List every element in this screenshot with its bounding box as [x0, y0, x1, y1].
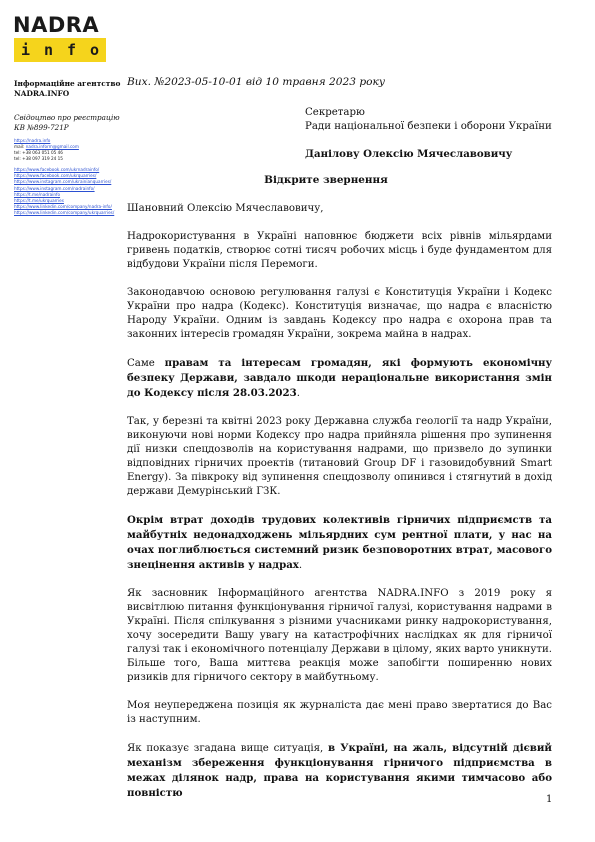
addressee-organization: Ради національної безпеки і оборони Укра… [305, 120, 552, 134]
paragraph-5: Окрім втрат доходів трудових колективів … [127, 513, 552, 573]
logo-wordmark: NADRA [13, 14, 106, 36]
email-link[interactable]: nadra.inform@gmail.com [26, 144, 79, 149]
logo-letter: f [67, 41, 76, 59]
addressee-position: Секретарю [305, 106, 552, 120]
addressee-name: Данілову Олексію Мячеславовичу [305, 148, 512, 160]
contact-info: https://nadra.info mail: nadra.inform@gm… [14, 138, 126, 162]
registration-info: Свідоцтво про реєстрацію КВ №899-721Р [14, 113, 126, 133]
logo-letter: o [90, 41, 99, 59]
logo-letter: i [21, 41, 30, 59]
logo-letter: n [44, 41, 53, 59]
paragraph-8: Як показує згадана вище ситуація, в Укра… [127, 741, 552, 801]
letter-body: Шановний Олексію Мячеславовичу, Надрокор… [127, 202, 552, 815]
social-link-linkedin-ukrquarries[interactable]: https://www.linkedin.com/company/ukrquar… [14, 210, 126, 216]
paragraph-7: Моя неупереджена позиція як журналіста д… [127, 699, 552, 727]
mail-label: mail: [14, 144, 24, 149]
paragraph-6: Як засновник Інформаційного агентства NA… [127, 587, 552, 685]
paragraph-1: Надрокористування в Україні наповнює бюд… [127, 230, 552, 272]
emphasis: Окрім втрат доходів трудових колективів … [127, 514, 552, 571]
nadra-info-logo: NADRA i n f o [14, 14, 106, 62]
paragraph-4: Так, у березні та квітні 2023 року Держа… [127, 415, 552, 499]
addressee-block: Секретарю Ради національної безпеки і об… [305, 106, 552, 134]
letterhead-sidebar: Інформаційне агентство NADRA.INFO Свідоц… [14, 79, 126, 217]
phone-2: tel: +38 097 319 24 15 [14, 156, 126, 162]
paragraph-2: Законодавчою основою регулювання галузі … [127, 286, 552, 342]
document-title: Відкрите звернення [0, 174, 595, 186]
salutation: Шановний Олексію Мячеславовичу, [127, 202, 552, 216]
agency-name: Інформаційне агентство NADRA.INFO [14, 79, 126, 99]
paragraph-3: Саме правам та інтересам громадян, які ф… [127, 356, 552, 401]
logo-info-box: i n f o [14, 38, 106, 62]
emphasis: правам та інтересам громадян, які формую… [127, 357, 552, 399]
website-link[interactable]: https://nadra.info [14, 138, 50, 143]
outgoing-reference: Вих. №2023-05-10-01 від 10 травня 2023 р… [127, 76, 385, 88]
page-number: 1 [546, 794, 552, 805]
